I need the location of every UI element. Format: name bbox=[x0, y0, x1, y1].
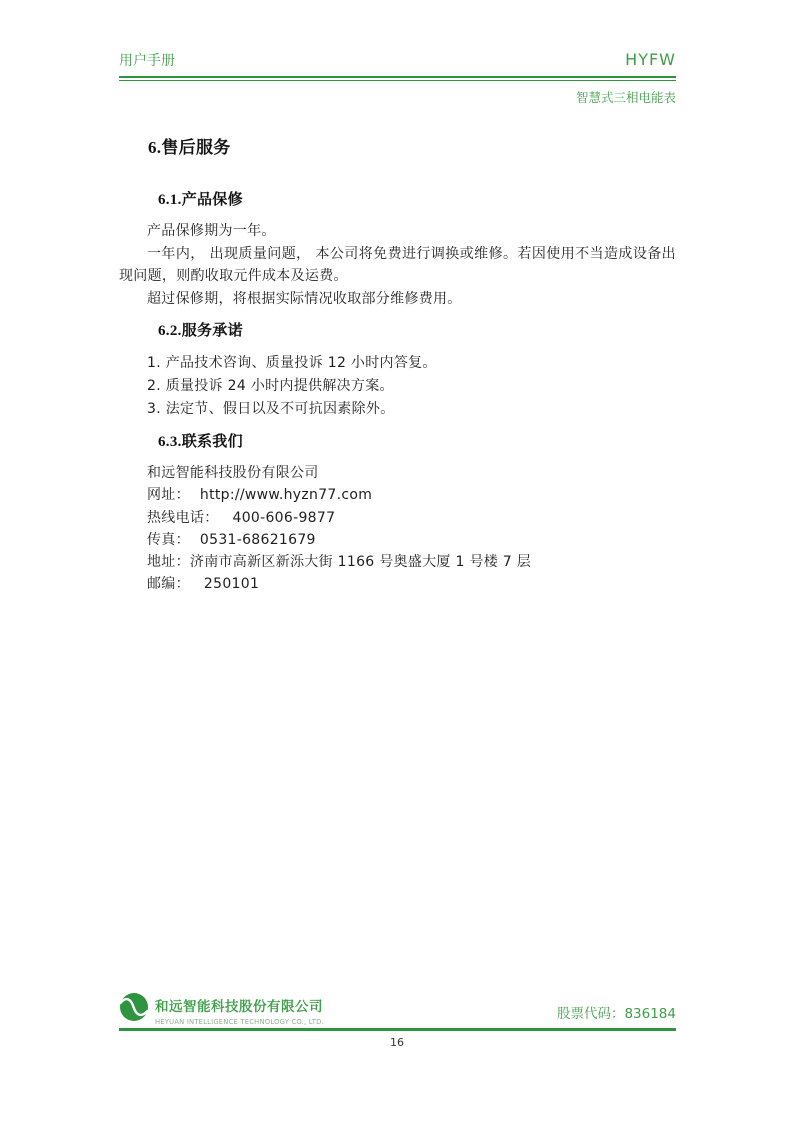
fax-label: 传真： bbox=[147, 532, 190, 548]
section-heading-aftersales: 6.售后服务 bbox=[148, 137, 676, 160]
footer-company-name-en: HEYUAN INTELLIGENCE TECHNOLOGY CO., LTD. bbox=[155, 1018, 324, 1026]
page-header: 用户手册 HYFW 智慧式三相电能表 bbox=[119, 50, 676, 106]
header-brand: HYFW bbox=[625, 50, 676, 69]
hotline-label: 热线电话： bbox=[147, 510, 219, 526]
contact-address-row: 地址：济南市高新区新泺大街 1166 号奥盛大厦 1 号楼 7 层 bbox=[119, 551, 676, 573]
footer-company-block: 和远智能科技股份有限公司 HEYUAN INTELLIGENCE TECHNOL… bbox=[155, 995, 324, 1026]
warranty-paragraph: 产品保修期为一年。 bbox=[119, 220, 676, 243]
contact-block: 和远智能科技股份有限公司 网址：http://www.hyzn77.com 热线… bbox=[119, 462, 676, 596]
contact-website-row: 网址：http://www.hyzn77.com bbox=[119, 484, 676, 506]
header-product-name: 智慧式三相电能表 bbox=[119, 88, 676, 106]
subsection-title: 联系我们 bbox=[182, 432, 243, 450]
hotline-value: 400-606-9877 bbox=[233, 510, 336, 526]
contact-fax-row: 传真：0531-68621679 bbox=[119, 529, 676, 551]
subsection-title: 服务承诺 bbox=[182, 321, 243, 339]
promise-list-item: 1. 产品技术咨询、质量投诉 12 小时内答复。 bbox=[119, 352, 676, 375]
company-logo-icon bbox=[119, 992, 149, 1022]
subsection-heading-warranty: 6.1.产品保修 bbox=[158, 188, 676, 212]
address-label: 地址： bbox=[147, 554, 190, 570]
website-label: 网址： bbox=[147, 487, 190, 503]
promise-list: 1. 产品技术咨询、质量投诉 12 小时内答复。 2. 质量投诉 24 小时内提… bbox=[119, 352, 676, 421]
promise-list-item: 2. 质量投诉 24 小时内提供解决方案。 bbox=[119, 375, 676, 398]
footer-company-name-cn: 和远智能科技股份有限公司 bbox=[155, 995, 324, 1015]
header-double-rule bbox=[119, 76, 676, 81]
warranty-paragraph: 一年内， 出现质量问题， 本公司将免费进行调换或维修。若因使用不当造成设备出现问… bbox=[119, 243, 676, 288]
header-doc-title: 用户手册 bbox=[119, 50, 175, 70]
fax-value: 0531-68621679 bbox=[200, 532, 316, 548]
contact-hotline-row: 热线电话：400-606-9877 bbox=[119, 507, 676, 529]
warranty-paragraphs: 产品保修期为一年。 一年内， 出现质量问题， 本公司将免费进行调换或维修。若因使… bbox=[119, 220, 676, 310]
zip-label: 邮编： bbox=[147, 576, 190, 592]
section-heading-number: 6. bbox=[148, 138, 161, 157]
contact-company-name: 和远智能科技股份有限公司 bbox=[119, 462, 676, 484]
document-page: 用户手册 HYFW 智慧式三相电能表 6.售后服务 6.1.产品保修 产品保修期… bbox=[0, 0, 794, 1123]
section-heading-text: 售后服务 bbox=[161, 138, 230, 158]
footer-stock-code: 股票代码：836184 bbox=[557, 1002, 676, 1022]
subsection-number: 6.1. bbox=[158, 192, 182, 208]
zip-value: 250101 bbox=[204, 576, 259, 592]
contact-zip-row: 邮编：250101 bbox=[119, 573, 676, 595]
main-content: 6.售后服务 6.1.产品保修 产品保修期为一年。 一年内， 出现质量问题， 本… bbox=[119, 130, 676, 596]
page-number: 16 bbox=[0, 1036, 794, 1049]
footer-rule bbox=[119, 1028, 676, 1031]
promise-list-item: 3. 法定节、假日以及不可抗因素除外。 bbox=[119, 398, 676, 421]
warranty-paragraph: 超过保修期，将根据实际情况收取部分维修费用。 bbox=[119, 288, 676, 311]
website-value: http://www.hyzn77.com bbox=[200, 487, 372, 503]
subsection-heading-promise: 6.2.服务承诺 bbox=[158, 319, 676, 343]
address-value: 济南市高新区新泺大街 1166 号奥盛大厦 1 号楼 7 层 bbox=[190, 554, 531, 570]
header-row: 用户手册 HYFW bbox=[119, 50, 676, 70]
subsection-heading-contact: 6.3.联系我们 bbox=[158, 430, 676, 454]
subsection-number: 6.3. bbox=[158, 434, 182, 450]
subsection-title: 产品保修 bbox=[182, 190, 243, 208]
subsection-number: 6.2. bbox=[158, 323, 182, 339]
